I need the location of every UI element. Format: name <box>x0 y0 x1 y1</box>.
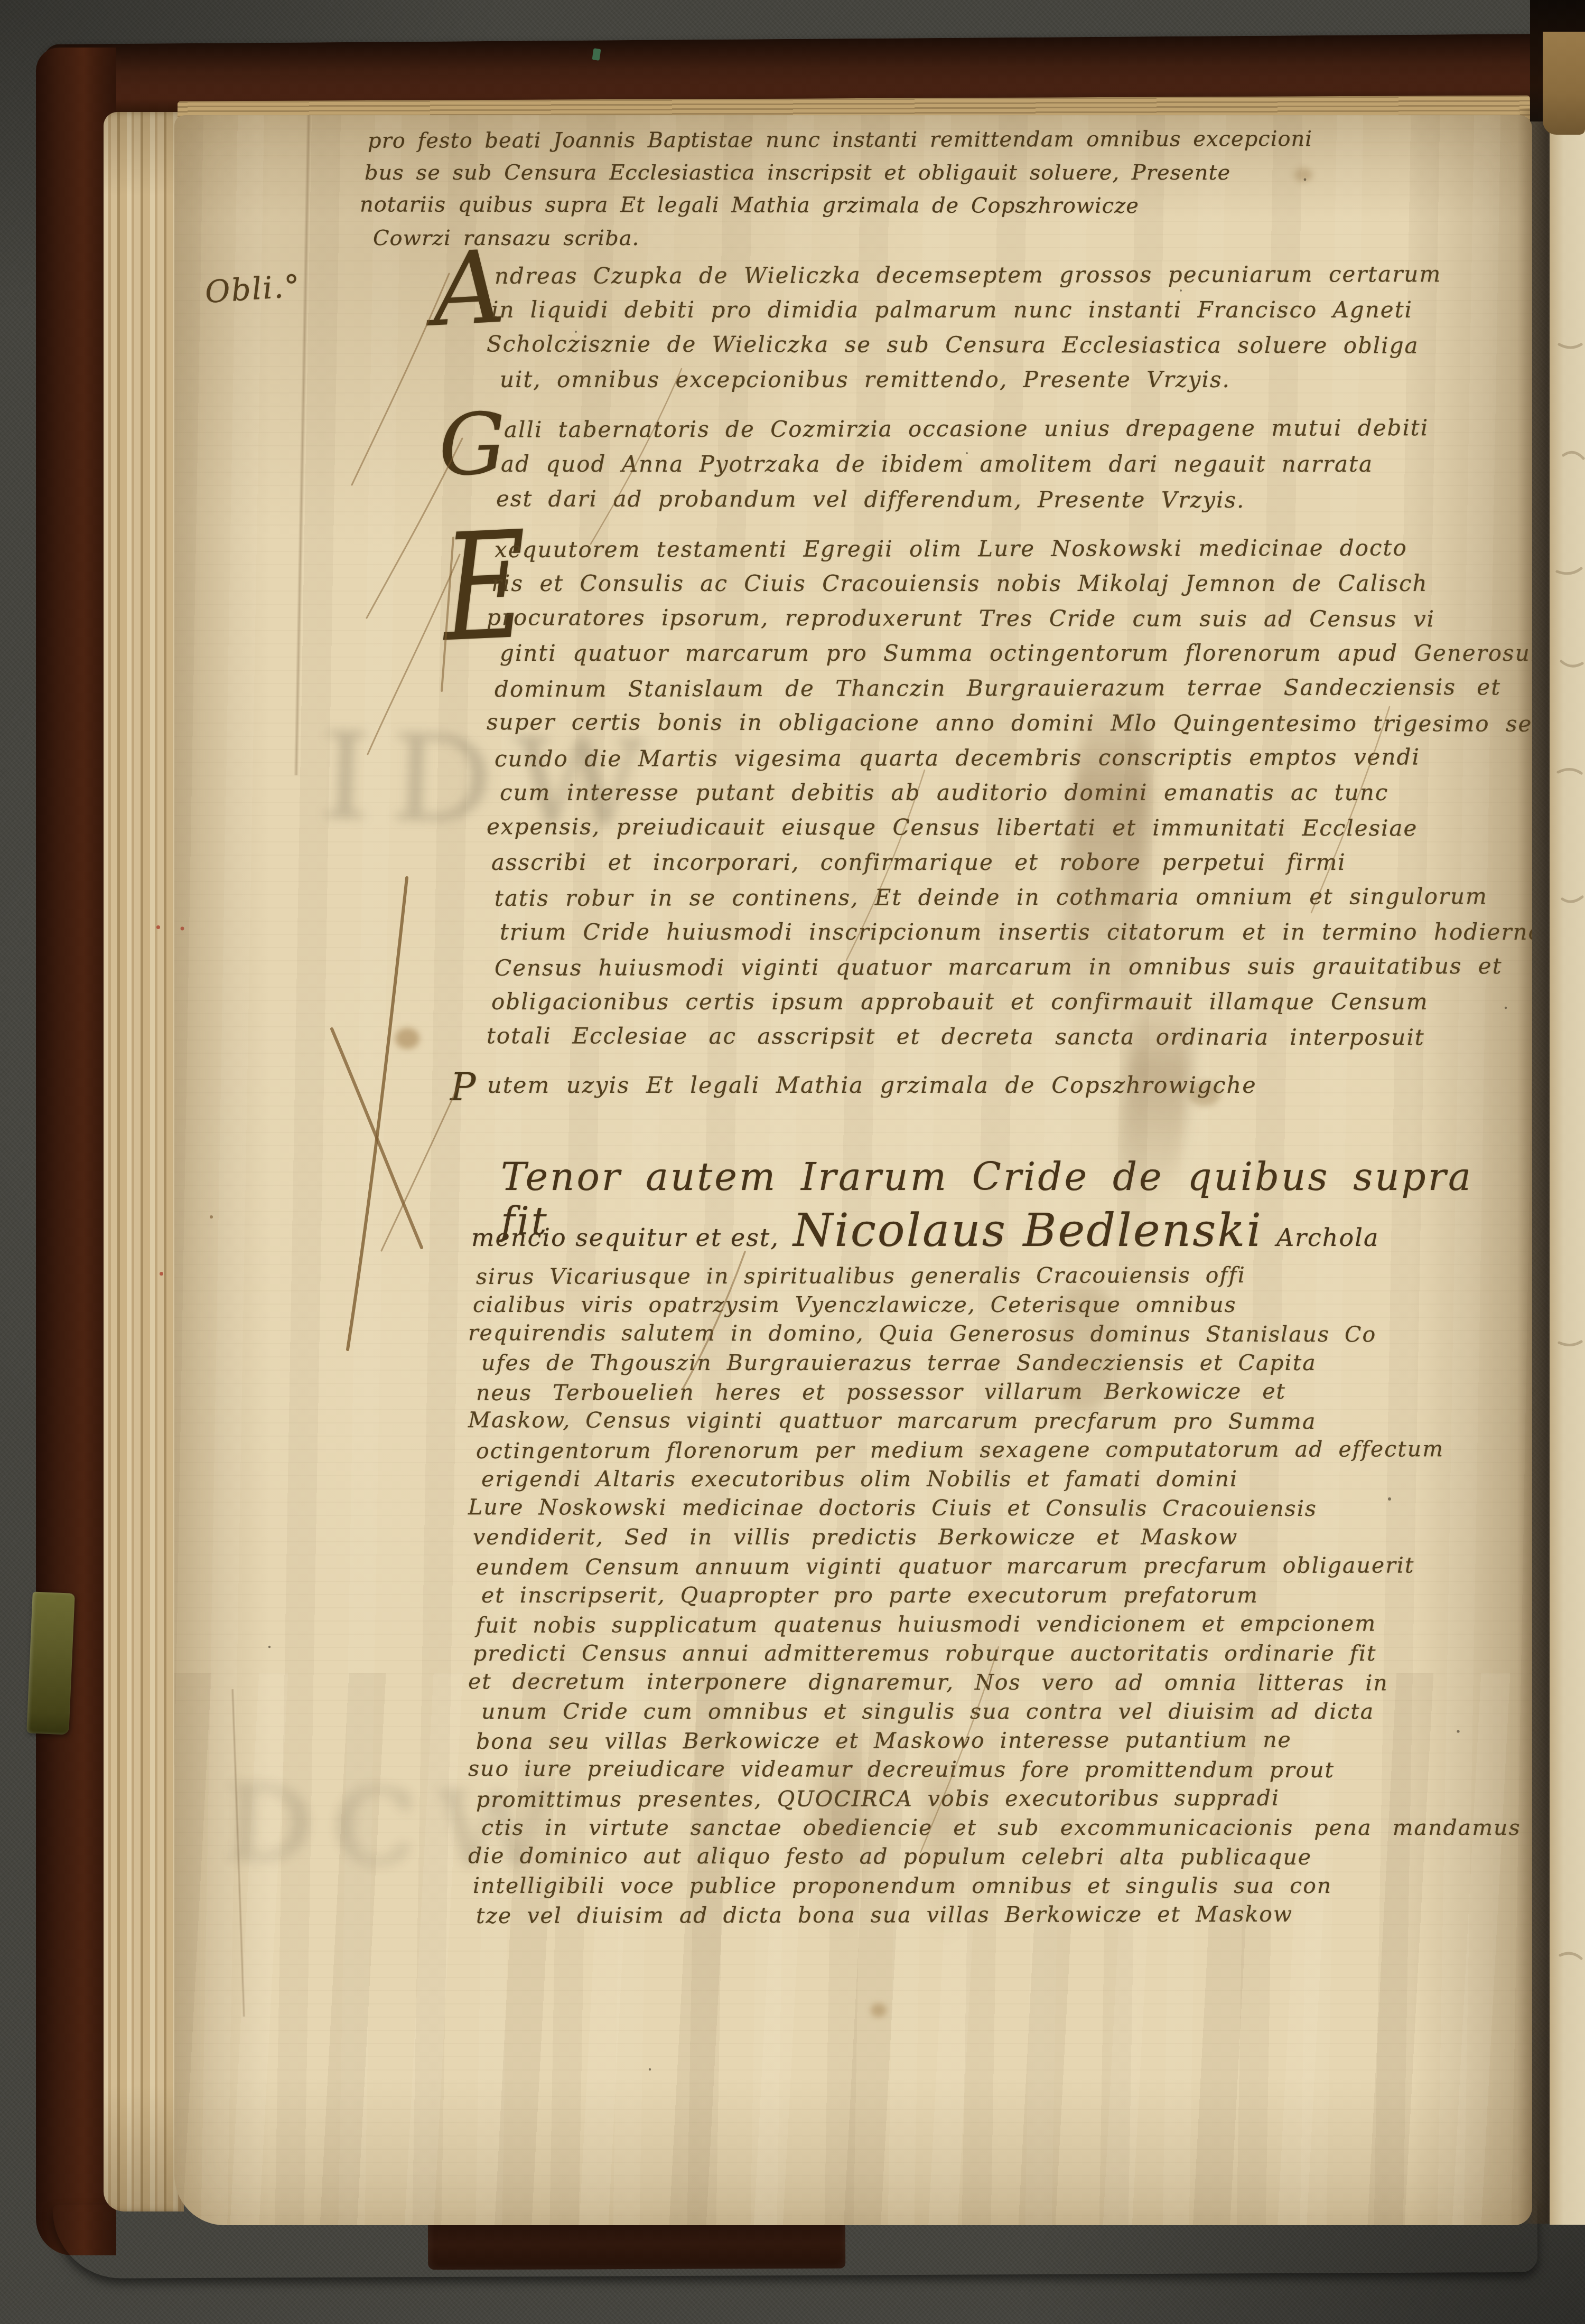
flourish-stroke <box>683 1252 745 1389</box>
manuscript-page: IDW DCW. Obli.° pro festo beati Joannis … <box>174 115 1532 2225</box>
flourish-stroke <box>368 555 460 754</box>
red-fiber-speck <box>160 1272 163 1276</box>
initial-descender <box>442 538 453 691</box>
flourish-stroke <box>352 274 449 485</box>
pen-stroke-overlay <box>174 115 1532 2225</box>
flourish-stroke <box>381 1083 460 1251</box>
margin-cross-stroke <box>332 1029 422 1248</box>
page-edge-stack-left <box>104 112 184 2211</box>
brass-clasp-remnant <box>26 1591 75 1735</box>
facing-page-bleed-marks <box>1550 117 1585 2225</box>
flourish-stroke <box>367 438 462 618</box>
flourish-stroke <box>1311 707 1390 913</box>
flourish-stroke <box>920 1647 999 1853</box>
fly-specks <box>210 179 1507 2071</box>
leather-turn-in-patch <box>1543 32 1585 135</box>
red-fiber-speck <box>181 927 184 931</box>
gutter-shadow <box>1517 108 1552 2224</box>
flourish-stroke <box>591 369 682 544</box>
red-fiber-speck <box>156 925 160 929</box>
facing-page-sliver <box>1550 117 1585 2225</box>
flourish-stroke <box>846 770 925 960</box>
margin-cross-stroke <box>348 878 407 1350</box>
